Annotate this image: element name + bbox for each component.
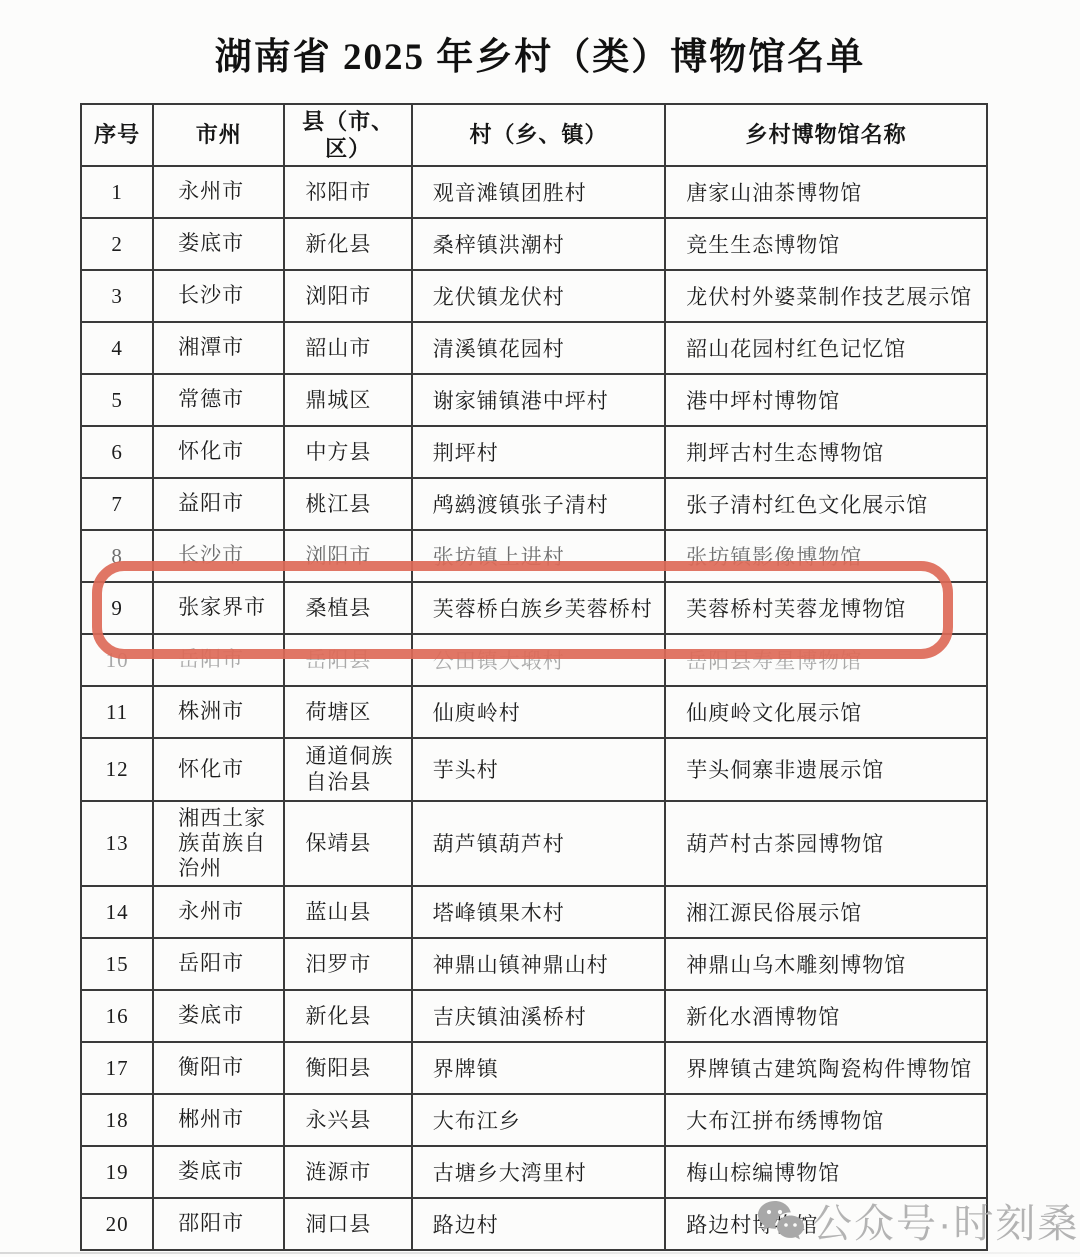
cell-no: 20 (81, 1198, 153, 1250)
table-row: 16娄底市新化县吉庆镇油溪桥村新化水酒博物馆 (81, 990, 987, 1042)
header-cell-city: 市州 (153, 104, 284, 166)
cell-no: 16 (81, 990, 153, 1042)
cell-county: 新化县 (284, 990, 411, 1042)
cell-no: 3 (81, 270, 153, 322)
cell-museum: 芋头侗寨非遗展示馆 (665, 738, 987, 801)
cell-county: 永兴县 (284, 1094, 411, 1146)
cell-county: 祁阳市 (284, 166, 411, 218)
cell-museum: 张坊镇影像博物馆 (665, 530, 987, 582)
table-row: 5常德市鼎城区谢家铺镇港中坪村港中坪村博物馆 (81, 374, 987, 426)
cell-county: 保靖县 (284, 801, 411, 887)
cell-village: 清溪镇花园村 (412, 322, 666, 374)
cell-city: 长沙市 (153, 270, 284, 322)
wechat-icon (756, 1199, 806, 1243)
table-row: 15岳阳市汨罗市神鼎山镇神鼎山村神鼎山乌木雕刻博物馆 (81, 938, 987, 990)
cell-village: 大布江乡 (412, 1094, 666, 1146)
cell-city: 永州市 (153, 166, 284, 218)
cell-museum: 新化水酒博物馆 (665, 990, 987, 1042)
cell-no: 1 (81, 166, 153, 218)
cell-village: 公田镇大塅村 (412, 634, 666, 686)
table-row: 7益阳市桃江县鸬鹚渡镇张子清村张子清村红色文化展示馆 (81, 478, 987, 530)
cell-village: 芋头村 (412, 738, 666, 801)
cell-village: 张坊镇上进村 (412, 530, 666, 582)
cell-village: 界牌镇 (412, 1042, 666, 1094)
table-row: 10岳阳市岳阳县公田镇大塅村岳阳县寿星博物馆 (81, 634, 987, 686)
table-header-row: 序号 市州 县（市、区） 村（乡、镇） 乡村博物馆名称 (81, 104, 987, 166)
cell-city: 岳阳市 (153, 634, 284, 686)
cell-village: 葫芦镇葫芦村 (412, 801, 666, 887)
cell-county: 汨罗市 (284, 938, 411, 990)
cell-county: 浏阳市 (284, 270, 411, 322)
museum-table: 序号 市州 县（市、区） 村（乡、镇） 乡村博物馆名称 1永州市祁阳市观音滩镇团… (80, 103, 988, 1251)
table-row: 8长沙市浏阳市张坊镇上进村张坊镇影像博物馆 (81, 530, 987, 582)
table-row: 6怀化市中方县荆坪村荆坪古村生态博物馆 (81, 426, 987, 478)
header-cell-museum: 乡村博物馆名称 (665, 104, 987, 166)
cell-village: 塔峰镇果木村 (412, 886, 666, 938)
cell-village: 鸬鹚渡镇张子清村 (412, 478, 666, 530)
scanned-document: { "title": "湖南省 2025 年乡村（类）博物馆名单", "tabl… (0, 0, 1080, 1257)
table-row: 19娄底市涟源市古塘乡大湾里村梅山棕编博物馆 (81, 1146, 987, 1198)
cell-county: 衡阳县 (284, 1042, 411, 1094)
cell-city: 常德市 (153, 374, 284, 426)
cell-city: 湘潭市 (153, 322, 284, 374)
cell-museum: 龙伏村外婆菜制作技艺展示馆 (665, 270, 987, 322)
table-row: 1永州市祁阳市观音滩镇团胜村唐家山油茶博物馆 (81, 166, 987, 218)
cell-village: 古塘乡大湾里村 (412, 1146, 666, 1198)
cell-city: 邵阳市 (153, 1198, 284, 1250)
cell-village: 龙伏镇龙伏村 (412, 270, 666, 322)
cell-city: 长沙市 (153, 530, 284, 582)
cell-city: 衡阳市 (153, 1042, 284, 1094)
header-cell-county: 县（市、区） (284, 104, 411, 166)
cell-museum: 界牌镇古建筑陶瓷构件博物馆 (665, 1042, 987, 1094)
cell-county: 韶山市 (284, 322, 411, 374)
cell-city: 永州市 (153, 886, 284, 938)
cell-city: 娄底市 (153, 218, 284, 270)
table-row-highlighted: 9张家界市桑植县芙蓉桥白族乡芙蓉桥村芙蓉桥村芙蓉龙博物馆 (81, 582, 987, 634)
cell-village: 桑梓镇洪潮村 (412, 218, 666, 270)
cell-museum: 芙蓉桥村芙蓉龙博物馆 (665, 582, 987, 634)
table-row: 11株洲市荷塘区仙庾岭村仙庾岭文化展示馆 (81, 686, 987, 738)
cell-village: 仙庾岭村 (412, 686, 666, 738)
cell-museum: 唐家山油茶博物馆 (665, 166, 987, 218)
cell-county: 通道侗族自治县 (284, 738, 411, 801)
header-cell-village: 村（乡、镇） (412, 104, 666, 166)
cell-county: 涟源市 (284, 1146, 411, 1198)
cell-museum: 梅山棕编博物馆 (665, 1146, 987, 1198)
cell-museum: 港中坪村博物馆 (665, 374, 987, 426)
cell-city: 张家界市 (153, 582, 284, 634)
cell-museum: 仙庾岭文化展示馆 (665, 686, 987, 738)
cell-no: 13 (81, 801, 153, 887)
cell-county: 岳阳县 (284, 634, 411, 686)
table-row: 12怀化市通道侗族自治县芋头村芋头侗寨非遗展示馆 (81, 738, 987, 801)
cell-no: 5 (81, 374, 153, 426)
cell-city: 娄底市 (153, 1146, 284, 1198)
cell-no: 19 (81, 1146, 153, 1198)
cell-no: 11 (81, 686, 153, 738)
cell-village: 芙蓉桥白族乡芙蓉桥村 (412, 582, 666, 634)
cell-no: 8 (81, 530, 153, 582)
cell-no: 15 (81, 938, 153, 990)
table-row: 17衡阳市衡阳县界牌镇界牌镇古建筑陶瓷构件博物馆 (81, 1042, 987, 1094)
table-row: 4湘潭市韶山市清溪镇花园村韶山花园村红色记忆馆 (81, 322, 987, 374)
cell-no: 17 (81, 1042, 153, 1094)
cell-city: 怀化市 (153, 738, 284, 801)
cell-city: 湘西土家族苗族自治州 (153, 801, 284, 887)
cell-museum: 神鼎山乌木雕刻博物馆 (665, 938, 987, 990)
cell-county: 浏阳市 (284, 530, 411, 582)
cell-county: 新化县 (284, 218, 411, 270)
cell-village: 观音滩镇团胜村 (412, 166, 666, 218)
museum-list-table: 序号 市州 县（市、区） 村（乡、镇） 乡村博物馆名称 1永州市祁阳市观音滩镇团… (80, 103, 988, 1251)
cell-village: 谢家铺镇港中坪村 (412, 374, 666, 426)
table-row: 18郴州市永兴县大布江乡大布江拼布绣博物馆 (81, 1094, 987, 1146)
watermark-text: 公众号·时刻桑植 (812, 1192, 1080, 1249)
scan-edge-artifact (0, 1252, 1080, 1254)
cell-city: 怀化市 (153, 426, 284, 478)
cell-no: 6 (81, 426, 153, 478)
cell-city: 郴州市 (153, 1094, 284, 1146)
cell-museum: 韶山花园村红色记忆馆 (665, 322, 987, 374)
cell-no: 14 (81, 886, 153, 938)
table-row: 2娄底市新化县桑梓镇洪潮村竞生生态博物馆 (81, 218, 987, 270)
cell-city: 株洲市 (153, 686, 284, 738)
table-row: 3长沙市浏阳市龙伏镇龙伏村龙伏村外婆菜制作技艺展示馆 (81, 270, 987, 322)
cell-museum: 葫芦村古茶园博物馆 (665, 801, 987, 887)
cell-no: 7 (81, 478, 153, 530)
cell-village: 神鼎山镇神鼎山村 (412, 938, 666, 990)
cell-county: 中方县 (284, 426, 411, 478)
cell-museum: 岳阳县寿星博物馆 (665, 634, 987, 686)
cell-county: 洞口县 (284, 1198, 411, 1250)
cell-no: 9 (81, 582, 153, 634)
cell-museum: 荆坪古村生态博物馆 (665, 426, 987, 478)
cell-county: 鼎城区 (284, 374, 411, 426)
cell-county: 荷塘区 (284, 686, 411, 738)
cell-museum: 大布江拼布绣博物馆 (665, 1094, 987, 1146)
cell-city: 益阳市 (153, 478, 284, 530)
cell-museum: 张子清村红色文化展示馆 (665, 478, 987, 530)
watermark: 公众号·时刻桑植 (756, 1192, 1080, 1249)
cell-no: 18 (81, 1094, 153, 1146)
page-title: 湖南省 2025 年乡村（类）博物馆名单 (0, 0, 1080, 80)
table-row: 13湘西土家族苗族自治州保靖县葫芦镇葫芦村葫芦村古茶园博物馆 (81, 801, 987, 887)
cell-county: 桃江县 (284, 478, 411, 530)
cell-county: 桑植县 (284, 582, 411, 634)
cell-county: 蓝山县 (284, 886, 411, 938)
cell-village: 路边村 (412, 1198, 666, 1250)
cell-museum: 竞生生态博物馆 (665, 218, 987, 270)
cell-city: 岳阳市 (153, 938, 284, 990)
cell-no: 4 (81, 322, 153, 374)
cell-village: 荆坪村 (412, 426, 666, 478)
cell-no: 2 (81, 218, 153, 270)
header-cell-no: 序号 (81, 104, 153, 166)
cell-no: 12 (81, 738, 153, 801)
cell-museum: 湘江源民俗展示馆 (665, 886, 987, 938)
cell-city: 娄底市 (153, 990, 284, 1042)
cell-no: 10 (81, 634, 153, 686)
table-row: 14永州市蓝山县塔峰镇果木村湘江源民俗展示馆 (81, 886, 987, 938)
cell-village: 吉庆镇油溪桥村 (412, 990, 666, 1042)
